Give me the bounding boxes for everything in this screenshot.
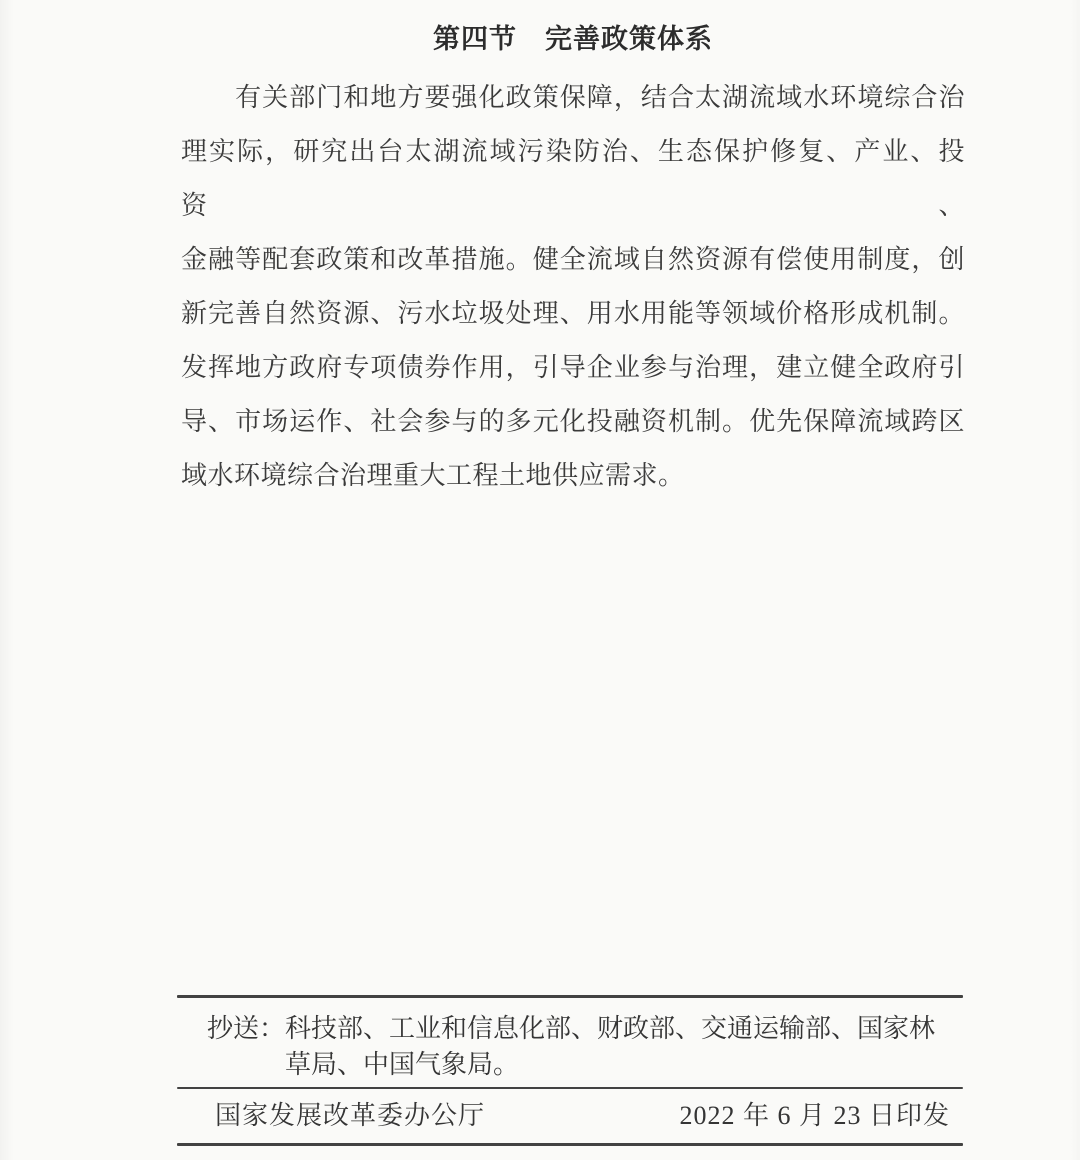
body-line: 金融等配套政策和改革措施。健全流域自然资源有偿使用制度，创 [181, 233, 965, 287]
document-page: 第四节 完善政策体系 有关部门和地方要强化政策保障，结合太湖流域水环境综合治 理… [0, 0, 1080, 1160]
body-line: 有关部门和地方要强化政策保障，结合太湖流域水环境综合治 [181, 71, 965, 125]
body-line: 新完善自然资源、污水垃圾处理、用水用能等领域价格形成机制。 [181, 287, 965, 341]
cc-line: 科技部、工业和信息化部、财政部、交通运输部、国家林 [285, 1011, 963, 1047]
section-title: 第四节 完善政策体系 [181, 0, 965, 57]
issuer-name: 国家发展改革委办公厅 [215, 1089, 485, 1143]
body-line: 导、市场运作、社会参与的多元化投融资机制。优先保障流域跨区 [181, 395, 965, 449]
cc-text: 科技部、工业和信息化部、财政部、交通运输部、国家林 草局、中国气象局。 [285, 1011, 963, 1083]
body-paragraph: 有关部门和地方要强化政策保障，结合太湖流域水环境综合治 理实际，研究出台太湖流域… [181, 71, 965, 503]
body-line: 发挥地方政府专项债券作用，引导企业参与治理，建立健全政府引 [181, 341, 965, 395]
issuer-row: 国家发展改革委办公厅 2022 年 6 月 23 日印发 [177, 1089, 963, 1143]
cc-row: 抄送： 科技部、工业和信息化部、财政部、交通运输部、国家林 草局、中国气象局。 [177, 1011, 963, 1083]
body-line: 域水环境综合治理重大工程土地供应需求。 [181, 449, 965, 503]
body-line: 理实际，研究出台太湖流域污染防治、生态保护修复、产业、投资、 [181, 125, 965, 233]
print-date: 2022 年 6 月 23 日印发 [679, 1089, 950, 1143]
document-footer: 抄送： 科技部、工业和信息化部、财政部、交通运输部、国家林 草局、中国气象局。 … [177, 995, 963, 1146]
top-rule [177, 995, 963, 998]
bottom-rule [177, 1143, 963, 1146]
cc-label: 抄送： [207, 1011, 285, 1047]
cc-line: 草局、中国气象局。 [285, 1047, 963, 1083]
page-content: 第四节 完善政策体系 有关部门和地方要强化政策保障，结合太湖流域水环境综合治 理… [181, 0, 965, 503]
